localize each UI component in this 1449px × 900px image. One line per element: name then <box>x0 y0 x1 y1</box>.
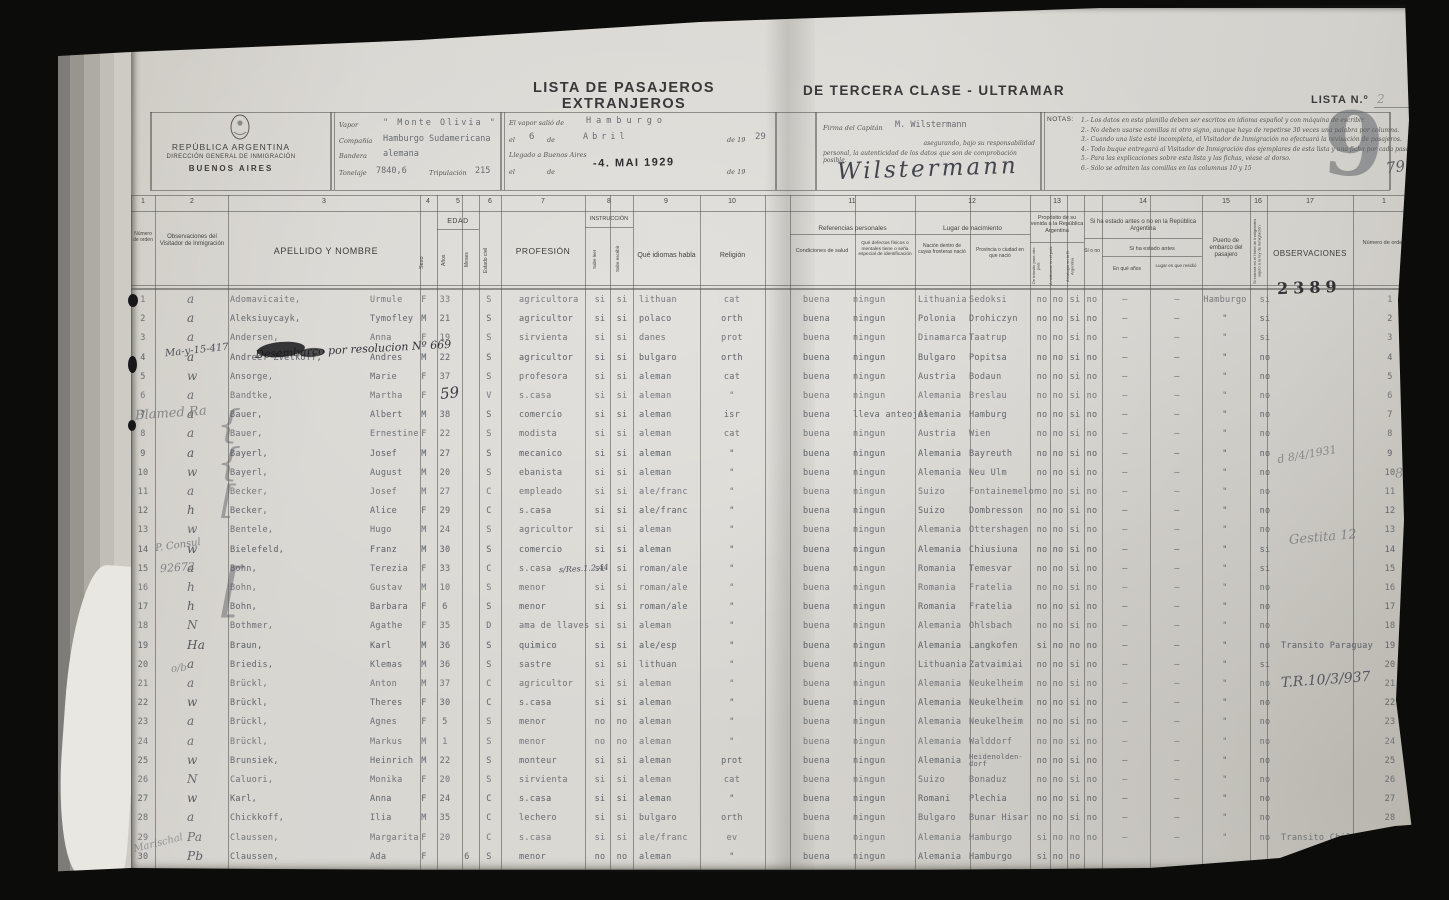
cell-nom: Gustav <box>370 583 418 593</box>
cell-sx: F <box>415 391 433 401</box>
cell-ci: Hamburg <box>969 410 1029 420</box>
cell-ec: S <box>480 333 498 343</box>
cell-nom: Josef <box>370 487 418 497</box>
cell-ec: S <box>480 353 498 363</box>
cell-le: si <box>591 545 609 555</box>
cell-na: Alemania <box>918 737 970 747</box>
cell-p1: no <box>1034 564 1050 574</box>
cell-aq: — <box>1103 391 1147 401</box>
table-row: 20aBriedis,KlemasM36Ssastresisilithuan"b… <box>131 657 1415 676</box>
cell-p1: no <box>1034 372 1050 382</box>
cell-id: aleman <box>639 372 699 382</box>
cell-re: " <box>712 679 752 689</box>
cell-p2: no <box>1050 698 1066 708</box>
cell-pr: s.casa <box>519 833 599 843</box>
cell-an: 35 <box>435 813 455 823</box>
cell-n2: 22 <box>1378 698 1402 708</box>
handwritten-note: 92672 <box>160 560 196 575</box>
cell-n2: 15 <box>1378 564 1402 574</box>
cell-aq: — <box>1103 583 1147 593</box>
cell-sx: F <box>415 852 433 862</box>
cell-id: ale/franc <box>639 506 699 516</box>
cell-id: roman/ale <box>639 583 699 593</box>
cell-hi: no <box>1255 487 1275 497</box>
cell-sa: buena <box>803 717 851 727</box>
mes-value: Abril <box>583 132 629 142</box>
compania-label: Compañía <box>339 137 372 145</box>
cell-hi: no <box>1255 833 1275 843</box>
column-number: 8 <box>597 198 621 205</box>
cell-de: ningun <box>853 372 913 382</box>
cell-ap: Bauer, <box>230 429 370 439</box>
cell-n2: 23 <box>1378 717 1402 727</box>
cell-ap: Chickkoff, <box>230 813 370 823</box>
table-row: 15aBohn,TereziaF33Cs.casasisiroman/ale"b… <box>131 561 1415 580</box>
cell-aq: — <box>1103 717 1147 727</box>
cell-p1: no <box>1034 698 1050 708</box>
cell-p3: si <box>1067 525 1083 535</box>
cell-p2: no <box>1050 372 1066 382</box>
cell-ap: Brückl, <box>230 737 370 747</box>
cell-le: si <box>591 353 609 363</box>
cell-aq: — <box>1103 449 1147 459</box>
cell-es: si <box>613 564 631 574</box>
cell-de: ningun <box>853 717 913 727</box>
cell-n2: 28 <box>1378 813 1402 823</box>
cell-hi: no <box>1255 506 1275 516</box>
cell-ci: Ottershagen <box>969 525 1029 535</box>
cell-pr: s.casa <box>519 698 599 708</box>
cell-p2: no <box>1050 775 1066 785</box>
cell-pu: " <box>1200 833 1250 843</box>
cell-ec: V <box>480 391 498 401</box>
cell-a2: no <box>1083 391 1101 401</box>
table-row: 7aBauer,AlbertM38Scomerciosisialemanisrb… <box>131 407 1415 426</box>
column-number: 7 <box>531 198 555 205</box>
inspection-number-stamp: 9 <box>1321 102 1386 185</box>
cell-p2: no <box>1050 717 1066 727</box>
cell-a2: no <box>1083 295 1101 305</box>
cell-p3: si <box>1067 372 1083 382</box>
table-row: 17hBohn,BarbaraF6Smenorsisiroman/ale"bue… <box>131 599 1415 618</box>
cell-na: Alemania <box>918 525 970 535</box>
cell-ec: S <box>480 641 498 651</box>
cell-lu: — <box>1155 545 1199 555</box>
cell-aq: — <box>1103 525 1147 535</box>
cell-es: si <box>613 468 631 478</box>
cell-ec: C <box>480 564 498 574</box>
cell-sa: buena <box>803 525 851 535</box>
cell-re: " <box>712 506 752 516</box>
cell-na: Romania <box>918 583 970 593</box>
cell-pu: " <box>1200 794 1250 804</box>
cell-p3: si <box>1067 717 1083 727</box>
cell-ec: C <box>480 833 498 843</box>
cell-sa: buena <box>803 295 851 305</box>
cell-p1: no <box>1034 583 1050 593</box>
cell-es: si <box>613 449 631 459</box>
cell-ec: S <box>480 429 498 439</box>
cell-ap: Karl, <box>230 794 370 804</box>
cell-re: " <box>712 602 752 612</box>
cell-n2: 20 <box>1378 660 1402 670</box>
cell-an: 30 <box>435 545 455 555</box>
cell-de: ningun <box>853 295 913 305</box>
cell-pr: sirvienta <box>519 333 599 343</box>
cell-p1: no <box>1034 756 1050 766</box>
cell-hi: no <box>1255 372 1275 382</box>
column-number: 12 <box>960 198 984 205</box>
cell-le: si <box>591 698 609 708</box>
cell-ap: Aleksiuycayk, <box>230 314 370 324</box>
cell-re: " <box>712 660 752 670</box>
capitan-legal1: asegurando, bajo su responsabilidad <box>823 140 1035 147</box>
cell-le: si <box>591 621 609 631</box>
tonelaje-value: 7840,6 <box>376 166 407 176</box>
cell-ci: Langkofen <box>969 641 1029 651</box>
cell-na: Lithuania <box>918 295 970 305</box>
cell-es: si <box>613 429 631 439</box>
cell-le: si <box>591 295 609 305</box>
col-header-anos: Años <box>441 236 452 284</box>
cell-p3: si <box>1067 410 1083 420</box>
col-header-lugar-residio: Lugar en que residió <box>1152 263 1200 268</box>
cell-n2: 7 <box>1378 410 1402 420</box>
cell-n: 16 <box>131 583 155 593</box>
cell-re: " <box>712 545 752 555</box>
cell-ec: S <box>480 660 498 670</box>
cell-hi: si <box>1255 295 1275 305</box>
cell-nom: Josef <box>370 449 418 459</box>
document-title-left: LISTA DE PASAJEROS EXTRANJEROS <box>487 80 761 112</box>
cell-le: si <box>591 794 609 804</box>
cell-n2: 16 <box>1378 583 1402 593</box>
cell-a2: no <box>1083 737 1101 747</box>
cell-es: si <box>613 641 631 651</box>
cell-sa: buena <box>803 583 851 593</box>
cell-sx: M <box>415 641 433 651</box>
cell-p3: si <box>1067 621 1083 631</box>
cell-ec: C <box>480 679 498 689</box>
table-row: 5wAnsorge,MarieF37Sprofesorasisialemanca… <box>131 369 1415 388</box>
salio-label: El vapor salió de <box>509 119 564 127</box>
dia-value: 6 <box>529 132 534 142</box>
cell-n2: 1 <box>1378 295 1402 305</box>
cell-re: orth <box>712 314 752 324</box>
cell-hi: si <box>1255 314 1275 324</box>
cell-ap: Ansorge, <box>230 372 370 382</box>
cell-id: danes <box>639 333 699 343</box>
cell-de: ningun <box>853 775 913 785</box>
cell-pr: agricultor <box>519 353 599 363</box>
cell-id: aleman <box>639 794 699 804</box>
col-header-sabe-leer: Sabe leer <box>592 234 602 284</box>
cell-sx: M <box>415 813 433 823</box>
cell-ap: Bayerl, <box>230 449 370 459</box>
cell-p2: no <box>1050 449 1066 459</box>
cell-pu: " <box>1200 449 1250 459</box>
col-header-proposito-sub: A radicarse en el país <box>1049 246 1063 286</box>
cell-nom: Margarita <box>370 833 418 843</box>
cell-an: 10 <box>435 583 455 593</box>
cell-sa: buena <box>803 506 851 516</box>
table-row: 6aBandtke,MarthaFVs.casasisialeman"buena… <box>131 388 1415 407</box>
cell-p3: si <box>1067 602 1083 612</box>
cell-ap: Brunsiek, <box>230 756 370 766</box>
cell-lu: — <box>1155 794 1199 804</box>
cell-n2: 17 <box>1378 602 1402 612</box>
cell-re: prot <box>712 333 752 343</box>
cell-aq: — <box>1103 295 1147 305</box>
tonelaje-label: Tonelaje <box>339 169 367 177</box>
cell-an: 1 <box>435 737 455 747</box>
cell-de: ningun <box>853 660 913 670</box>
cell-an: 36 <box>435 641 455 651</box>
cell-p2: no <box>1050 621 1066 631</box>
cell-ci: Drohiczyn <box>969 314 1029 324</box>
column-number: 11 <box>840 198 864 205</box>
cell-lu: — <box>1155 833 1199 843</box>
cell-de: ningun <box>853 756 913 766</box>
cell-n2: 18 <box>1378 621 1402 631</box>
cell-p3: si <box>1067 449 1083 459</box>
cell-le: si <box>591 314 609 324</box>
cell-na: Romani <box>918 794 970 804</box>
cell-n2: 6 <box>1378 391 1402 401</box>
cell-sx: F <box>415 602 433 612</box>
cell-na: Alemania <box>918 410 970 420</box>
cell-sa: buena <box>803 429 851 439</box>
salio-value: Hamburgo <box>586 116 667 126</box>
cell-pu: " <box>1200 410 1250 420</box>
cell-lu: — <box>1155 756 1199 766</box>
cell-ci: Wien <box>969 429 1029 439</box>
cell-nom: Barbara <box>370 602 418 612</box>
cell-hi: no <box>1255 813 1275 823</box>
cell-pu: " <box>1200 525 1250 535</box>
cell-id: bulgaro <box>639 353 699 363</box>
cell-ec: S <box>480 468 498 478</box>
cell-nom: Monika <box>370 775 418 785</box>
cell-nom: Franz <box>370 545 418 555</box>
cell-an: 21 <box>435 314 455 324</box>
org-department: DIRECCIÓN GENERAL DE INMIGRACIÓN <box>153 154 309 160</box>
cell-lu: — <box>1155 564 1199 574</box>
cell-es: si <box>613 602 631 612</box>
cell-pr: mecanico <box>519 449 599 459</box>
cell-p3: si <box>1067 545 1083 555</box>
cell-id: aleman <box>639 717 699 727</box>
cell-sx: M <box>415 468 433 478</box>
cell-pr: lechero <box>519 813 599 823</box>
cell-sa: buena <box>803 487 851 497</box>
cell-na: Austria <box>918 429 970 439</box>
cell-a2: no <box>1083 641 1101 651</box>
cell-n: 6 <box>131 391 155 401</box>
cell-ob: Transito Chile <box>1281 833 1376 843</box>
cell-p2: no <box>1050 429 1066 439</box>
col-header-condiciones-salud: Condiciones de salud <box>792 248 852 255</box>
cell-p2: no <box>1050 583 1066 593</box>
cell-an: 27 <box>435 449 455 459</box>
cell-sa: buena <box>803 833 851 843</box>
cell-sx: M <box>415 679 433 689</box>
cell-mark: N <box>187 772 223 786</box>
cell-ap: Bothmer, <box>230 621 370 631</box>
cell-n: 24 <box>131 737 155 747</box>
cell-de: ningun <box>853 333 913 343</box>
cell-ci: Temesvar <box>969 564 1029 574</box>
col-header-proposito: Propósito de su venida a la República Ar… <box>1030 215 1084 234</box>
cell-n2: 26 <box>1378 775 1402 785</box>
cell-id: polaco <box>639 314 699 324</box>
cell-a2: no <box>1083 449 1101 459</box>
cell-p2: no <box>1050 525 1066 535</box>
cell-p2: no <box>1050 545 1066 555</box>
cell-hi: no <box>1255 583 1275 593</box>
cell-le: si <box>591 449 609 459</box>
cell-pu: " <box>1200 487 1250 497</box>
col-header-estado-civil: Estado civil <box>483 234 496 286</box>
cell-p1: no <box>1034 333 1050 343</box>
cell-id: aleman <box>639 737 699 747</box>
cell-pu: " <box>1200 679 1250 689</box>
cell-ec: C <box>480 813 498 823</box>
cell-le: si <box>591 833 609 843</box>
cell-hi: no <box>1255 602 1275 612</box>
cell-re: cat <box>712 775 752 785</box>
cell-nom: Anton <box>370 679 418 689</box>
cell-de: ningun <box>853 583 913 593</box>
cell-a2: no <box>1083 372 1101 382</box>
cell-re: " <box>712 621 752 631</box>
cell-id: ale/franc <box>639 833 699 843</box>
cell-pu: " <box>1200 621 1250 631</box>
cell-nom: Anna <box>370 794 418 804</box>
cell-an: 37 <box>435 372 455 382</box>
cell-a2: no <box>1083 487 1101 497</box>
cell-a2: no <box>1083 353 1101 363</box>
cell-p2: no <box>1050 314 1066 324</box>
cell-pu: " <box>1200 717 1250 727</box>
cell-lu: — <box>1155 525 1199 535</box>
column-number: 13 <box>1045 198 1069 205</box>
cell-ci: Taatrup <box>969 333 1029 343</box>
cell-sx: M <box>415 737 433 747</box>
vapor-value: " Monte Olivia " <box>383 118 497 128</box>
el2-label: el <box>509 168 515 176</box>
cell-n2: 9 <box>1378 449 1402 459</box>
cell-lu: — <box>1155 353 1199 363</box>
cell-mark: h <box>187 580 223 594</box>
cell-lu: — <box>1155 295 1199 305</box>
cell-an: 6 <box>435 602 455 612</box>
cell-le: si <box>591 333 609 343</box>
col-header-sexo: Sexo <box>419 240 431 286</box>
table-row: 9aBayerl,JosefM27Smecanicosisialeman"bue… <box>131 446 1415 465</box>
cell-pu: " <box>1200 333 1250 343</box>
cell-ci: Popitsa <box>969 353 1029 363</box>
cell-p3: no <box>1067 641 1083 651</box>
col-header-provincia: Provincia o ciudad en que nació <box>972 248 1028 260</box>
cell-aq: — <box>1103 833 1147 843</box>
cell-aq: — <box>1103 621 1147 631</box>
cell-n2: 4 <box>1378 353 1402 363</box>
table-row: 26NCaluori,MonikaF20Ssirvientasisialeman… <box>131 772 1415 791</box>
cell-sa: buena <box>803 794 851 804</box>
cell-mark: a <box>187 676 223 690</box>
cell-ec: C <box>480 794 498 804</box>
cell-pr: empleado <box>519 487 599 497</box>
cell-ap: Bohn, <box>230 564 370 574</box>
cell-aq: — <box>1103 410 1147 420</box>
cell-hi: no <box>1255 641 1275 651</box>
cell-mark: w <box>187 695 223 709</box>
cell-hi: no <box>1255 794 1275 804</box>
cell-p2: no <box>1050 641 1066 651</box>
cell-p2: no <box>1050 852 1066 862</box>
cell-p3: si <box>1067 660 1083 670</box>
cell-nom: Heinrich <box>370 756 418 766</box>
cell-aq: — <box>1103 429 1147 439</box>
col-header-referencias: Referencias personales <box>790 225 915 232</box>
cell-ec: S <box>480 583 498 593</box>
cell-sa: buena <box>803 468 851 478</box>
cell-ec: D <box>480 621 498 631</box>
cell-p1: no <box>1034 353 1050 363</box>
cell-na: Alemania <box>918 449 970 459</box>
column-number: 1 <box>131 198 155 205</box>
cell-a2: no <box>1083 756 1101 766</box>
cell-p2: no <box>1050 353 1066 363</box>
cell-ci: Bonaduz <box>969 775 1029 785</box>
cell-aq: — <box>1103 660 1147 670</box>
cell-id: aleman <box>639 621 699 631</box>
cell-pr: ebanista <box>519 468 599 478</box>
cell-es: si <box>613 506 631 516</box>
cell-n2: 11 <box>1378 487 1402 497</box>
cell-a2: no <box>1083 660 1101 670</box>
cell-p1: no <box>1034 717 1050 727</box>
cell-id: aleman <box>639 756 699 766</box>
cell-na: Bulgaro <box>918 353 970 363</box>
cell-mark: w <box>187 753 223 767</box>
cell-de: ningun <box>853 525 913 535</box>
cell-es: no <box>613 852 631 862</box>
cell-pu: " <box>1200 602 1250 612</box>
cell-sa: buena <box>803 564 851 574</box>
cell-de: ningun <box>853 852 913 862</box>
cell-hi: no <box>1255 756 1275 766</box>
cell-le: si <box>591 506 609 516</box>
cell-an: 24 <box>435 794 455 804</box>
cell-hi: si <box>1255 564 1275 574</box>
cell-lu: — <box>1155 429 1199 439</box>
cell-sa: buena <box>803 852 851 862</box>
cell-re: " <box>712 698 752 708</box>
table-row: 2aAleksiuycayk,TymofleyM21Sagricultorsis… <box>131 311 1415 330</box>
cell-a2: no <box>1083 333 1101 343</box>
cell-na: Alemania <box>918 391 970 401</box>
cell-re: prot <box>712 756 752 766</box>
cell-p1: no <box>1034 506 1050 516</box>
cell-a2: no <box>1083 468 1101 478</box>
table-row: 16hBohn,GustavM10Smenorsisiroman/ale"bue… <box>131 580 1415 599</box>
column-number: 17 <box>1298 198 1322 205</box>
cell-lu: — <box>1155 621 1199 631</box>
cell-an: 20 <box>435 775 455 785</box>
table-row: 30PbClaussen,AdaF6Smenornonoaleman"buena… <box>131 849 1415 868</box>
